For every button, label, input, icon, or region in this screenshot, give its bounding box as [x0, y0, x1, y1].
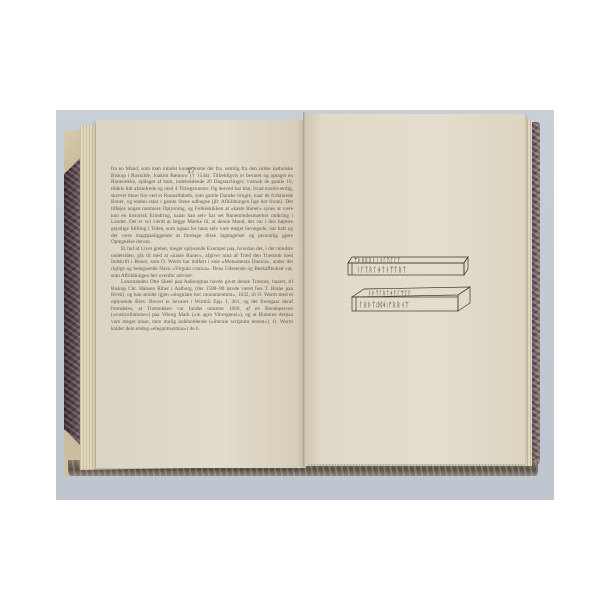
paragraph: Et ind af Livet grebet, meget oplysende …	[111, 246, 293, 279]
rune-stick-illustration: ᛘᚦᚺᛒᚱᚾᛁᛅᚴᚢᛏᚴᚨ ᛁᚴᛏᚱᚴᚼᛏᛅᛉᛏᚱᛏ ᛅᚦᛏᚴᚱᛏᚼᚨᚴᛘᛏᚨ …	[346, 255, 476, 325]
rune-text: ᛅᚦᛏᚴᚱᛏᚼᚨᚴᛘᛏᚨ	[368, 290, 411, 297]
paragraph: fra en Mand, som man mindst kunde vente …	[111, 166, 293, 246]
left-page-text: fra en Mand, som man mindst kunde vente …	[111, 166, 293, 332]
paragraph: Lensmanden Otte Skeel paa Aalborghus hav…	[111, 279, 293, 332]
rune-text: ᛁᚴᛏᚱᚴᚼᛏᛅᛉᛏᚱᛏ	[356, 266, 406, 274]
book-gutter	[303, 112, 306, 466]
rune-text: ᚴᚱᚦᛏ:ᛞᚼ:ᚠᚱᛒᚮᛉ	[359, 301, 409, 309]
book-photo: 17 fra en Mand, som man mindst kunde ven…	[56, 110, 554, 500]
rune-text: ᛘᚦᚺᛒᚱᚾᛁᛅᚴᚢᛏᚴᚨ	[354, 257, 401, 264]
